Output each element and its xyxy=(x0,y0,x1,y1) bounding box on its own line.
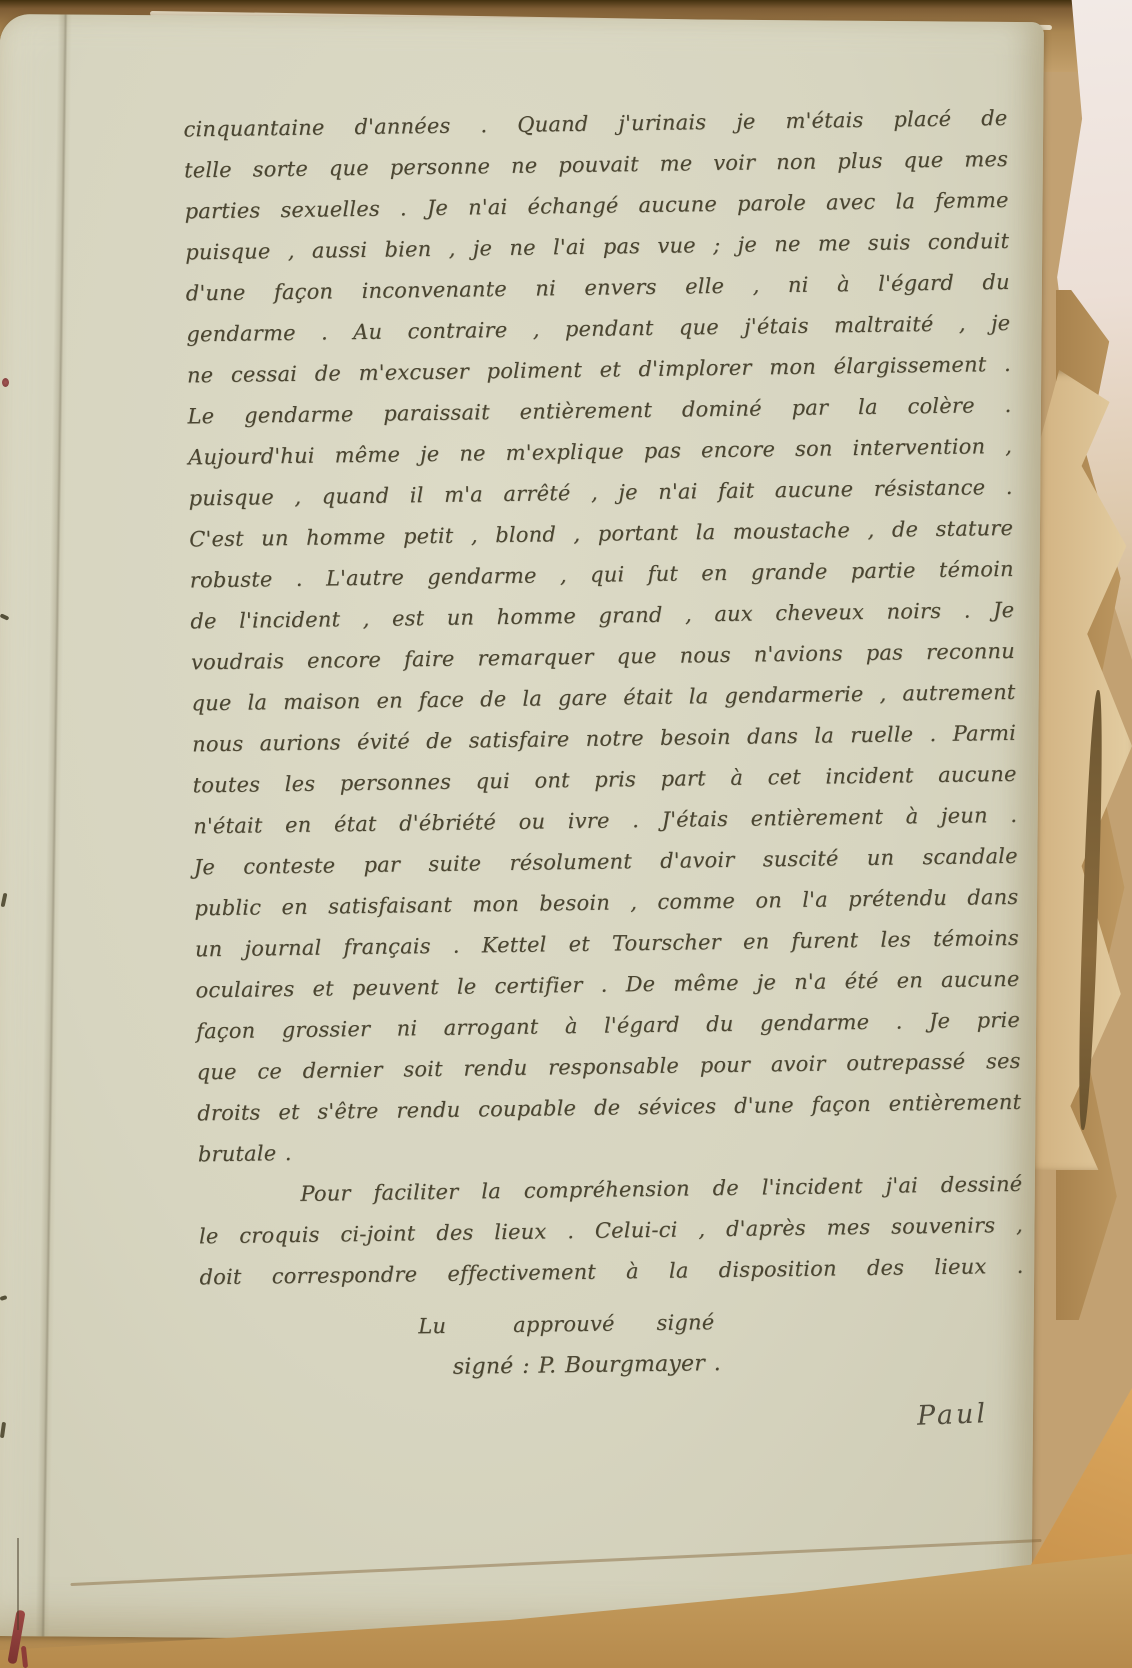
manuscript-lines: cinquantaine d'années . Quand j'urinais … xyxy=(183,98,1025,1391)
gutter-edge-line xyxy=(17,1538,19,1630)
binding-crease xyxy=(35,14,72,1636)
binding-stitch-dot xyxy=(2,378,9,387)
manuscript-page: cinquantaine d'années . Quand j'urinais … xyxy=(0,14,1044,1644)
signature-paul: Paul xyxy=(916,1398,988,1432)
photo-scene: cinquantaine d'années . Quand j'urinais … xyxy=(0,0,1132,1668)
manuscript-line: signé : P. Bourgmayer . xyxy=(453,1339,1026,1388)
